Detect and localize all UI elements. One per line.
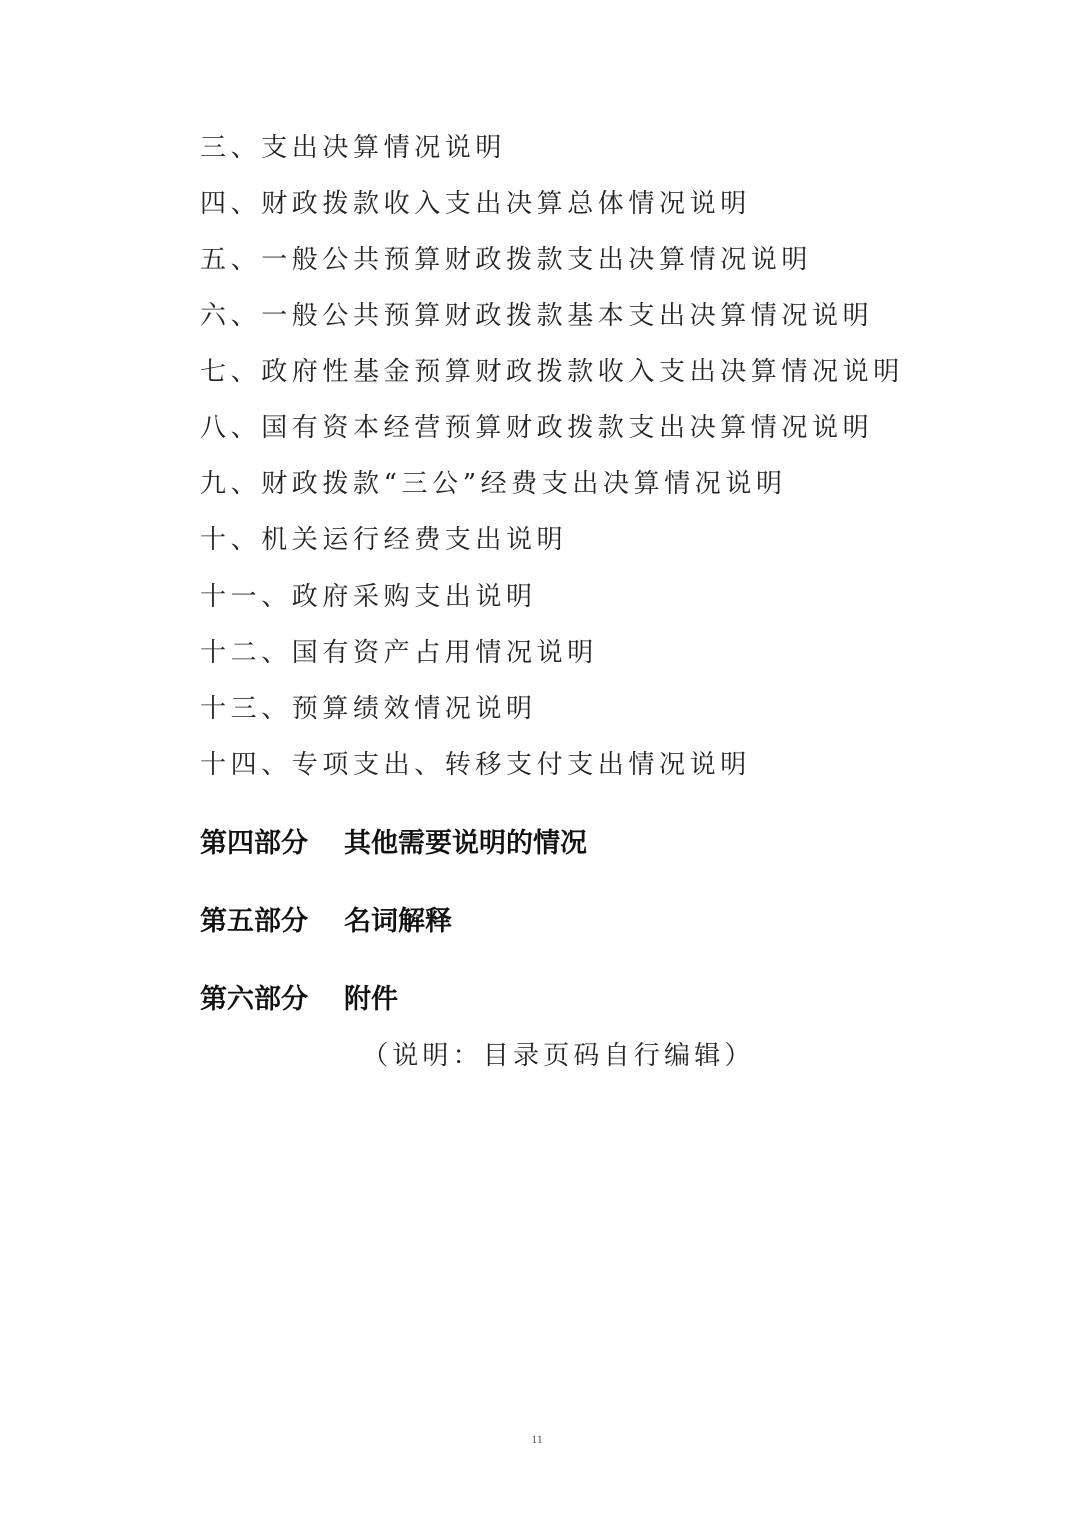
- toc-item-section-11: 十一、政府采购支出说明: [200, 579, 537, 615]
- page-number: 11: [0, 1432, 1074, 1447]
- part-title: 其他需要说明的情况: [344, 828, 587, 859]
- toc-item-section-4: 四、财政拨款收入支出决算总体情况说明: [200, 186, 751, 222]
- toc-item-section-5: 五、一般公共预算财政拨款支出决算情况说明: [200, 242, 812, 278]
- part-title: 附件: [344, 984, 398, 1015]
- part-label: 第五部分: [200, 904, 344, 940]
- toc-item-section-7: 七、政府性基金预算财政拨款收入支出决算情况说明: [200, 354, 904, 390]
- toc-item-section-3: 三、支出决算情况说明: [200, 130, 506, 166]
- part-title: 名词解释: [344, 906, 452, 937]
- toc-part-6: 第六部分附件: [200, 982, 398, 1018]
- toc-item-section-6: 六、一般公共预算财政拨款基本支出决算情况说明: [200, 298, 873, 334]
- toc-item-section-14: 十四、专项支出、转移支付支出情况说明: [200, 747, 751, 783]
- toc-item-section-8: 八、国有资本经营预算财政拨款支出决算情况说明: [200, 410, 873, 446]
- toc-item-section-12: 十二、国有资产占用情况说明: [200, 635, 598, 671]
- part-label: 第四部分: [200, 826, 344, 862]
- toc-item-section-13: 十三、预算绩效情况说明: [200, 691, 537, 727]
- toc-part-4: 第四部分其他需要说明的情况: [200, 826, 587, 862]
- toc-note: （说明：目录页码自行编辑）: [362, 1038, 755, 1074]
- toc-item-section-9: 九、财政拨款“三公”经费支出决算情况说明: [200, 466, 787, 502]
- part-label: 第六部分: [200, 982, 344, 1018]
- document-page: 三、支出决算情况说明 四、财政拨款收入支出决算总体情况说明 五、一般公共预算财政…: [0, 0, 1074, 1518]
- toc-part-5: 第五部分名词解释: [200, 904, 452, 940]
- toc-item-section-10: 十、机关运行经费支出说明: [200, 522, 567, 558]
